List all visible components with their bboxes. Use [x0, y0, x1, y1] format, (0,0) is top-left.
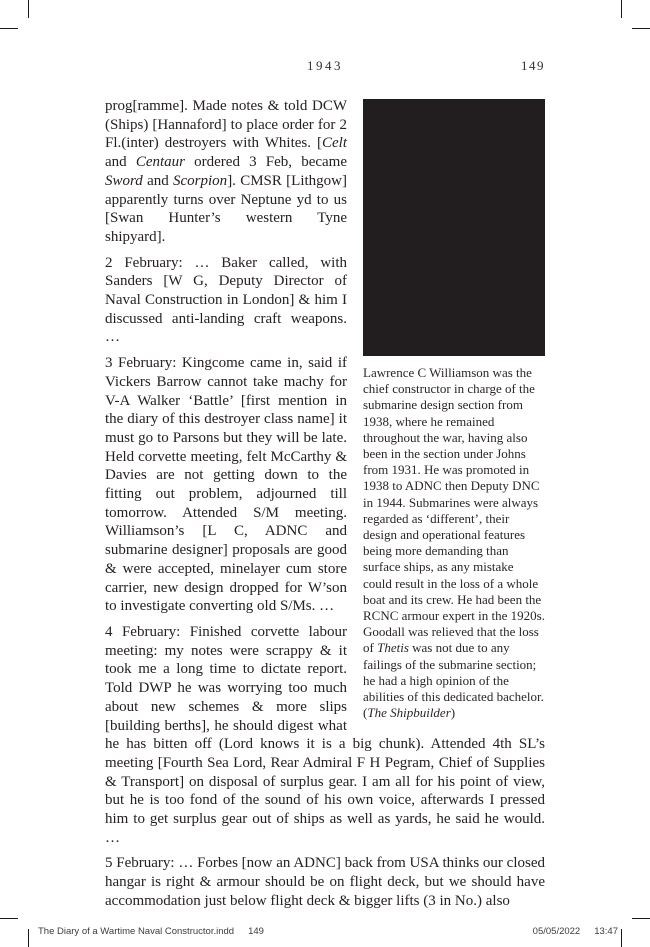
crop-mark	[0, 28, 18, 29]
crop-mark	[0, 918, 18, 919]
crop-mark	[621, 0, 622, 18]
crop-mark	[28, 929, 29, 947]
crop-mark	[632, 28, 650, 29]
slug-timestamp: 05/05/202213:47	[533, 926, 618, 937]
diary-paragraph: 5 February: … Forbes [now an ADNC] back …	[105, 854, 545, 910]
slug-date: 05/05/2022	[533, 926, 581, 937]
slug-document-name: The Diary of a Wartime Naval Constructor…	[38, 926, 234, 937]
slug-document-page: 149	[248, 926, 264, 937]
portrait-photo	[363, 99, 545, 356]
crop-mark	[621, 929, 622, 947]
book-page: 1943 149 Lawrence C Williamson was the c…	[0, 0, 650, 947]
page-number: 149	[521, 58, 545, 74]
crop-mark	[28, 0, 29, 18]
slug-time: 13:47	[594, 926, 618, 937]
figure-caption: Lawrence C Williamson was the chief cons…	[363, 365, 545, 721]
running-head-year: 1943	[105, 58, 545, 74]
diary-text-block: Lawrence C Williamson was the chief cons…	[105, 97, 545, 911]
crop-mark	[632, 918, 650, 919]
figure: Lawrence C Williamson was the chief cons…	[363, 99, 545, 721]
slug-document-info: The Diary of a Wartime Naval Constructor…	[38, 926, 264, 937]
